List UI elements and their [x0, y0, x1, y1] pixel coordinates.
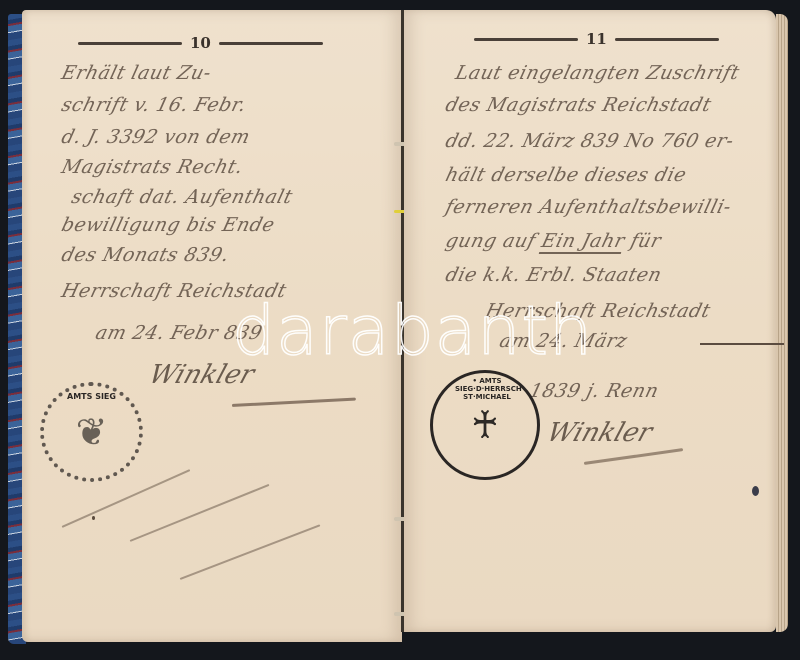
handwritten-line: dd. 22. März 839 No 760 er-: [443, 130, 736, 152]
header-rule: [615, 38, 719, 41]
header-rule: [474, 38, 578, 41]
handwritten-line: gung auf Ein Jahr für: [443, 230, 663, 252]
stamp-emblem-icon: ❦: [76, 410, 108, 454]
header-rule: [219, 42, 323, 45]
underlined-phrase: Ein Jahr: [539, 230, 627, 254]
header-rule: [78, 42, 182, 45]
watermark: darabanth: [232, 292, 593, 371]
official-stamp-right: • AMTS SIEG·D·HERRSCH· ST·MICHAEL ♰: [430, 370, 540, 480]
handwritten-text: für: [622, 230, 664, 252]
page-number-right: 11: [586, 30, 607, 48]
open-book: 10 Erhält laut Zu- schrift v. 16. Febr. …: [0, 0, 800, 660]
strike-line: [700, 343, 784, 345]
right-page-header: 11: [474, 30, 719, 48]
stamp-text: • AMTS SIEG·D·HERRSCH· ST·MICHAEL: [455, 377, 519, 401]
official-stamp-left: AMTS SIEG ❦: [40, 382, 143, 482]
handwritten-line: schrift v. 16. Febr.: [59, 94, 248, 116]
ink-blot: [752, 486, 759, 496]
archangel-michael-emblem-icon: ♰: [471, 403, 499, 447]
handwritten-line: Laut eingelangten Zuschrift: [453, 62, 742, 84]
handwritten-line: bewilligung bis Ende: [59, 214, 277, 236]
handwritten-text: gung auf: [443, 230, 544, 252]
handwritten-line: ferneren Aufenthaltsbewilli-: [443, 196, 733, 218]
left-page-header: 10: [78, 34, 323, 52]
handwritten-line: des Magistrats Reichstadt: [443, 94, 713, 116]
signature-right: Winkler: [543, 418, 656, 448]
handwritten-line: schaft dat. Aufenthalt: [69, 186, 295, 208]
handwritten-line: 1839 j. Renn: [527, 380, 661, 402]
handwritten-line: d. J. 3392 von dem: [59, 126, 252, 148]
handwritten-line: hält derselbe dieses die: [443, 164, 689, 186]
handwritten-line: des Monats 839.: [59, 244, 231, 266]
ink-spot: [92, 516, 95, 520]
handwritten-line: Erhält laut Zu-: [59, 62, 213, 84]
handwritten-line: die k.k. Erbl. Staaten: [443, 264, 664, 286]
page-number-left: 10: [190, 34, 211, 52]
stamp-text: AMTS SIEG: [67, 392, 116, 401]
handwritten-line: Magistrats Recht.: [59, 156, 245, 178]
page-edges: [776, 14, 788, 632]
